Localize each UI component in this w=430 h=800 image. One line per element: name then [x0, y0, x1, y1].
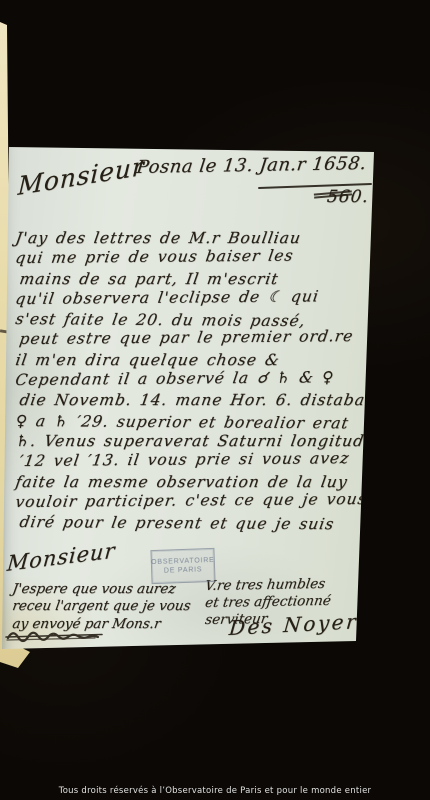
body-line: ′12 vel ′13. il vous prie si vous avez [18, 448, 378, 471]
crossed-out-word [5, 628, 105, 646]
stamp-line: DE PARIS [164, 566, 203, 574]
folio-number: 560. [326, 187, 370, 207]
body-line: die Novemb. 14. mane Hor. 6. distabat [18, 390, 377, 410]
closing-salutation: Monsieur [6, 538, 116, 576]
library-stamp: OBSERVATOIRE DE PARIS [150, 548, 215, 584]
closing-line: receu l'argent que je vous [11, 598, 192, 615]
body-line: vouloir participer. c'est ce que je vous [14, 489, 378, 512]
closing-line: et tres affectionné [204, 593, 332, 612]
copyright-caption: Tous droits réservés à l’Observatoire de… [0, 786, 430, 796]
scan-viewer: Posna le 13. Jan.r 1658. 560. Monsieur J… [0, 0, 430, 800]
body-line: qui me prie de vous baiser les [14, 245, 378, 268]
salutation: Monsieur [17, 151, 145, 201]
body-line: peut estre que par le premier ord.re [18, 326, 378, 349]
closing-left-block: J'espere que vous aurez receu l'argent q… [11, 581, 189, 633]
body-line: Cependant il a observé la ☌ ♄ & ♀ [14, 367, 378, 390]
stamp-line: OBSERVATOIRE [151, 557, 215, 566]
letter-body: J'ay des lettres de M.r Boulliau qui me … [14, 228, 374, 532]
dateline: Posna le 13. Jan.r 1658. [135, 153, 367, 178]
letter-page: Posna le 13. Jan.r 1658. 560. Monsieur J… [0, 0, 430, 800]
closing-line: V.re tres humbles [204, 576, 332, 595]
body-line: qu'il observera l'eclipse de ☾ qui [14, 286, 378, 309]
body-line: diré pour le present et que je suis [18, 512, 377, 535]
